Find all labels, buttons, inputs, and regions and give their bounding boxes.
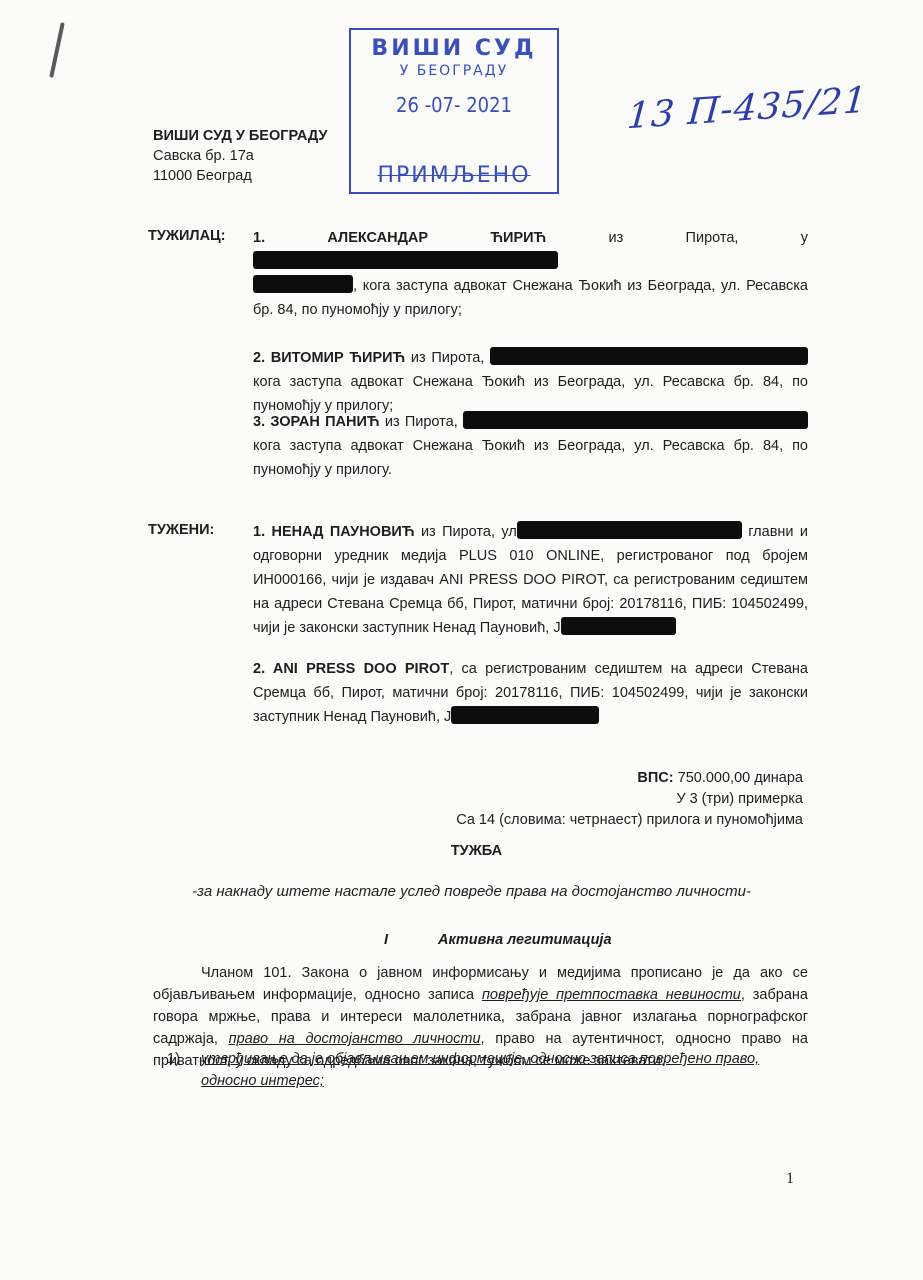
- defendant-2: 2. ANI PRESS DOO PIROT, са регистрованим…: [253, 657, 808, 729]
- document-title: ТУЖБА: [0, 843, 923, 859]
- defendant-label: ТУЖЕНИ:: [148, 522, 214, 538]
- claim-value: ВПС: 750.000,00 динара: [456, 768, 803, 789]
- attachments-count: Са 14 (словима: четрнаест) прилога и пун…: [456, 810, 803, 831]
- document-subtitle: -за накнаду штете настале услед повреде …: [0, 883, 923, 900]
- handwritten-case-number: 13 П-435/21: [626, 80, 869, 138]
- court-city: 11000 Београд: [153, 166, 327, 186]
- section-number: I: [384, 932, 438, 948]
- redaction-block: [517, 521, 742, 539]
- copies-count: У 3 (три) примерка: [456, 789, 803, 810]
- page-number: 1: [786, 1170, 794, 1188]
- emphasis-presumption-innocence: повређује претпоставка невиности: [482, 987, 741, 1003]
- plaintiff-1: 1. АЛЕКСАНДАР ЋИРИЋ из Пирота, у, кога з…: [253, 226, 808, 322]
- stamp-status: ПРИМЉЕНО: [351, 163, 557, 188]
- list-item: 1)утврђивање да је објављивањем информац…: [167, 1048, 807, 1092]
- plaintiff-3-name: 3. ЗОРАН ПАНИЋ: [253, 414, 380, 430]
- claim-meta: ВПС: 750.000,00 динара У 3 (три) примерк…: [456, 768, 803, 831]
- redaction-block: [253, 251, 558, 269]
- section-title: Активна легитимација: [438, 932, 612, 948]
- list-item-number: 1): [167, 1048, 201, 1070]
- plaintiff-2: 2. ВИТОМИР ЋИРИЋ из Пирота, кога заступа…: [253, 346, 808, 418]
- redaction-block: [463, 411, 808, 429]
- redaction-block: [253, 275, 353, 293]
- stamp-city: У БЕОГРАДУ: [351, 63, 557, 79]
- redaction-block: [561, 617, 676, 635]
- redaction-block: [490, 347, 808, 365]
- court-address: ВИШИ СУД У БЕОГРАДУ Савска бр. 17а 11000…: [153, 126, 327, 186]
- stamp-court: ВИШИ СУД: [351, 36, 557, 61]
- staple-mark: [49, 22, 65, 78]
- plaintiff-2-name: 2. ВИТОМИР ЋИРИЋ: [253, 350, 405, 366]
- court-street: Савска бр. 17а: [153, 146, 327, 166]
- plaintiff-label: ТУЖИЛАЦ:: [148, 228, 225, 244]
- section-heading: IАктивна легитимација: [384, 932, 612, 948]
- redaction-block: [451, 706, 599, 724]
- defendant-1: 1. НЕНАД ПАУНОВИЋ из Пирота, ул главни и…: [253, 520, 808, 640]
- plaintiff-1-name: 1. АЛЕКСАНДАР ЋИРИЋ: [253, 230, 546, 246]
- defendant-1-name: 1. НЕНАД ПАУНОВИЋ: [253, 524, 415, 540]
- received-stamp: ВИШИ СУД У БЕОГРАДУ 26 -07- 2021 ПРИМЉЕН…: [349, 28, 559, 194]
- plaintiff-3: 3. ЗОРАН ПАНИЋ из Пирота, кога заступа а…: [253, 410, 808, 482]
- court-name: ВИШИ СУД У БЕОГРАДУ: [153, 126, 327, 146]
- list-item-text: утврђивање да је објављивањем информациј…: [201, 1048, 801, 1092]
- stamp-date: 26 -07- 2021: [351, 93, 557, 117]
- emphasis-dignity: право на достојанство личности: [229, 1031, 481, 1047]
- defendant-2-name: 2. ANI PRESS DOO PIROT: [253, 661, 449, 677]
- document-page: ВИШИ СУД У БЕОГРАДУ Савска бр. 17а 11000…: [0, 0, 923, 1280]
